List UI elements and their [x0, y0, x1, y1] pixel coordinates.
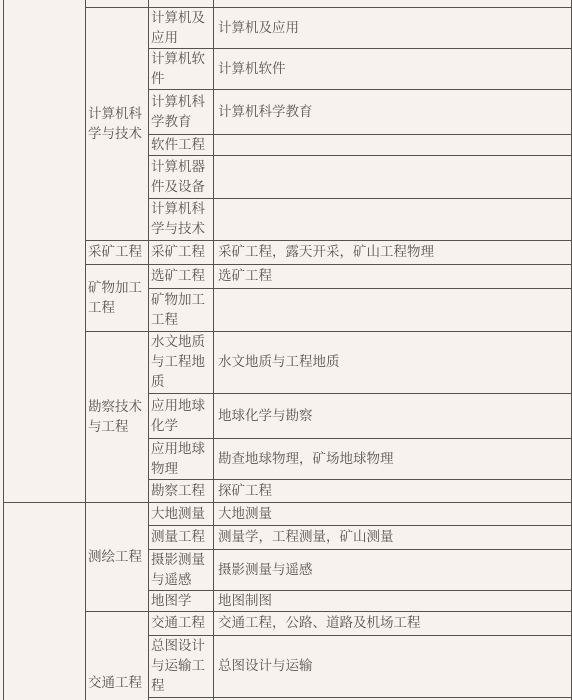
sub-major-cell: 交通工程: [149, 611, 214, 635]
table-row: 采矿工程 采矿工程 采矿工程，露天开采，矿山工程物理: [4, 240, 572, 264]
partial-row-cell: [149, 0, 214, 7]
sub-major-cell: 计算机器件及设备: [149, 155, 214, 198]
corresponding-major-cell: 地图制图: [214, 590, 572, 611]
partial-row-cell: [86, 0, 149, 7]
sub-major-cell: 水文地质与工程地质: [149, 331, 214, 393]
sub-major-cell: 应用地球化学: [149, 393, 214, 438]
sub-major-cell: 摄影测量与遥感: [149, 549, 214, 590]
table-row: 交通工程 交通工程 交通工程，公路、道路及机场工程: [4, 611, 572, 635]
corresponding-major-cell: 采矿工程，露天开采，矿山工程物理: [214, 240, 572, 264]
sub-major-cell: 软件工程: [149, 134, 214, 155]
corresponding-major-cell: [214, 288, 572, 331]
sub-major-cell: 计算机科学与技术: [149, 198, 214, 240]
table-row: 计算机科学与技术 计算机及应用 计算机及应用: [4, 7, 572, 48]
group-cell-mineral-processing: 矿物加工工程: [86, 264, 149, 331]
corresponding-major-cell: 勘查地球物理，矿场地球物理: [214, 438, 572, 479]
table-row: 勘察技术与工程 水文地质与工程地质 水文地质与工程地质: [4, 331, 572, 393]
corresponding-major-cell: 探矿工程: [214, 479, 572, 502]
group-cell-surveying-mapping: 测绘工程: [86, 502, 149, 611]
major-mapping-table: 计算机科学与技术 计算机及应用 计算机及应用 计算机软件 计算机软件 计算机科学…: [3, 0, 572, 700]
group-cell-survey-tech: 勘察技术与工程: [86, 331, 149, 502]
sub-major-cell: 大地测量: [149, 502, 214, 525]
corresponding-major-cell: 总图设计与运输: [214, 635, 572, 697]
corresponding-major-cell: [214, 134, 572, 155]
sub-major-cell: 矿物加工工程: [149, 288, 214, 331]
sub-major-cell: 总图设计与运输工程: [149, 635, 214, 697]
sub-major-cell: 计算机及应用: [149, 7, 214, 48]
table-row: 矿物加工工程 选矿工程 选矿工程: [4, 264, 572, 288]
document-page: 计算机科学与技术 计算机及应用 计算机及应用 计算机软件 计算机软件 计算机科学…: [0, 0, 572, 700]
partial-row-cell: [214, 0, 572, 7]
corresponding-major-cell: 大地测量: [214, 502, 572, 525]
sub-major-cell: 采矿工程: [149, 240, 214, 264]
corresponding-major-cell: 摄影测量与遥感: [214, 549, 572, 590]
group-cell-transportation: 交通工程: [86, 611, 149, 700]
table-row-partial-top: [4, 0, 572, 7]
corresponding-major-cell: 水文地质与工程地质: [214, 331, 572, 393]
sub-major-cell: 计算机科学教育: [149, 89, 214, 134]
corresponding-major-cell: 交通工程，公路、道路及机场工程: [214, 611, 572, 635]
sub-major-cell: 测量工程: [149, 525, 214, 549]
sub-major-cell: 应用地球物理: [149, 438, 214, 479]
sub-major-cell: 计算机软件: [149, 48, 214, 89]
corresponding-major-cell: 测量学，工程测量，矿山测量: [214, 525, 572, 549]
group-cell-mining: 采矿工程: [86, 240, 149, 264]
left-column-spacer-top: [4, 0, 86, 502]
group-cell-computer-science: 计算机科学与技术: [86, 7, 149, 240]
corresponding-major-cell: [214, 198, 572, 240]
corresponding-major-cell: 计算机软件: [214, 48, 572, 89]
corresponding-major-cell: 选矿工程: [214, 264, 572, 288]
left-column-spacer-bottom: [4, 502, 86, 700]
corresponding-major-cell: [214, 155, 572, 198]
corresponding-major-cell: 地球化学与勘察: [214, 393, 572, 438]
table-row: 测绘工程 大地测量 大地测量: [4, 502, 572, 525]
sub-major-cell: 选矿工程: [149, 264, 214, 288]
corresponding-major-cell: 计算机科学教育: [214, 89, 572, 134]
sub-major-cell: 地图学: [149, 590, 214, 611]
sub-major-cell: 勘察工程: [149, 479, 214, 502]
corresponding-major-cell: 计算机及应用: [214, 7, 572, 48]
